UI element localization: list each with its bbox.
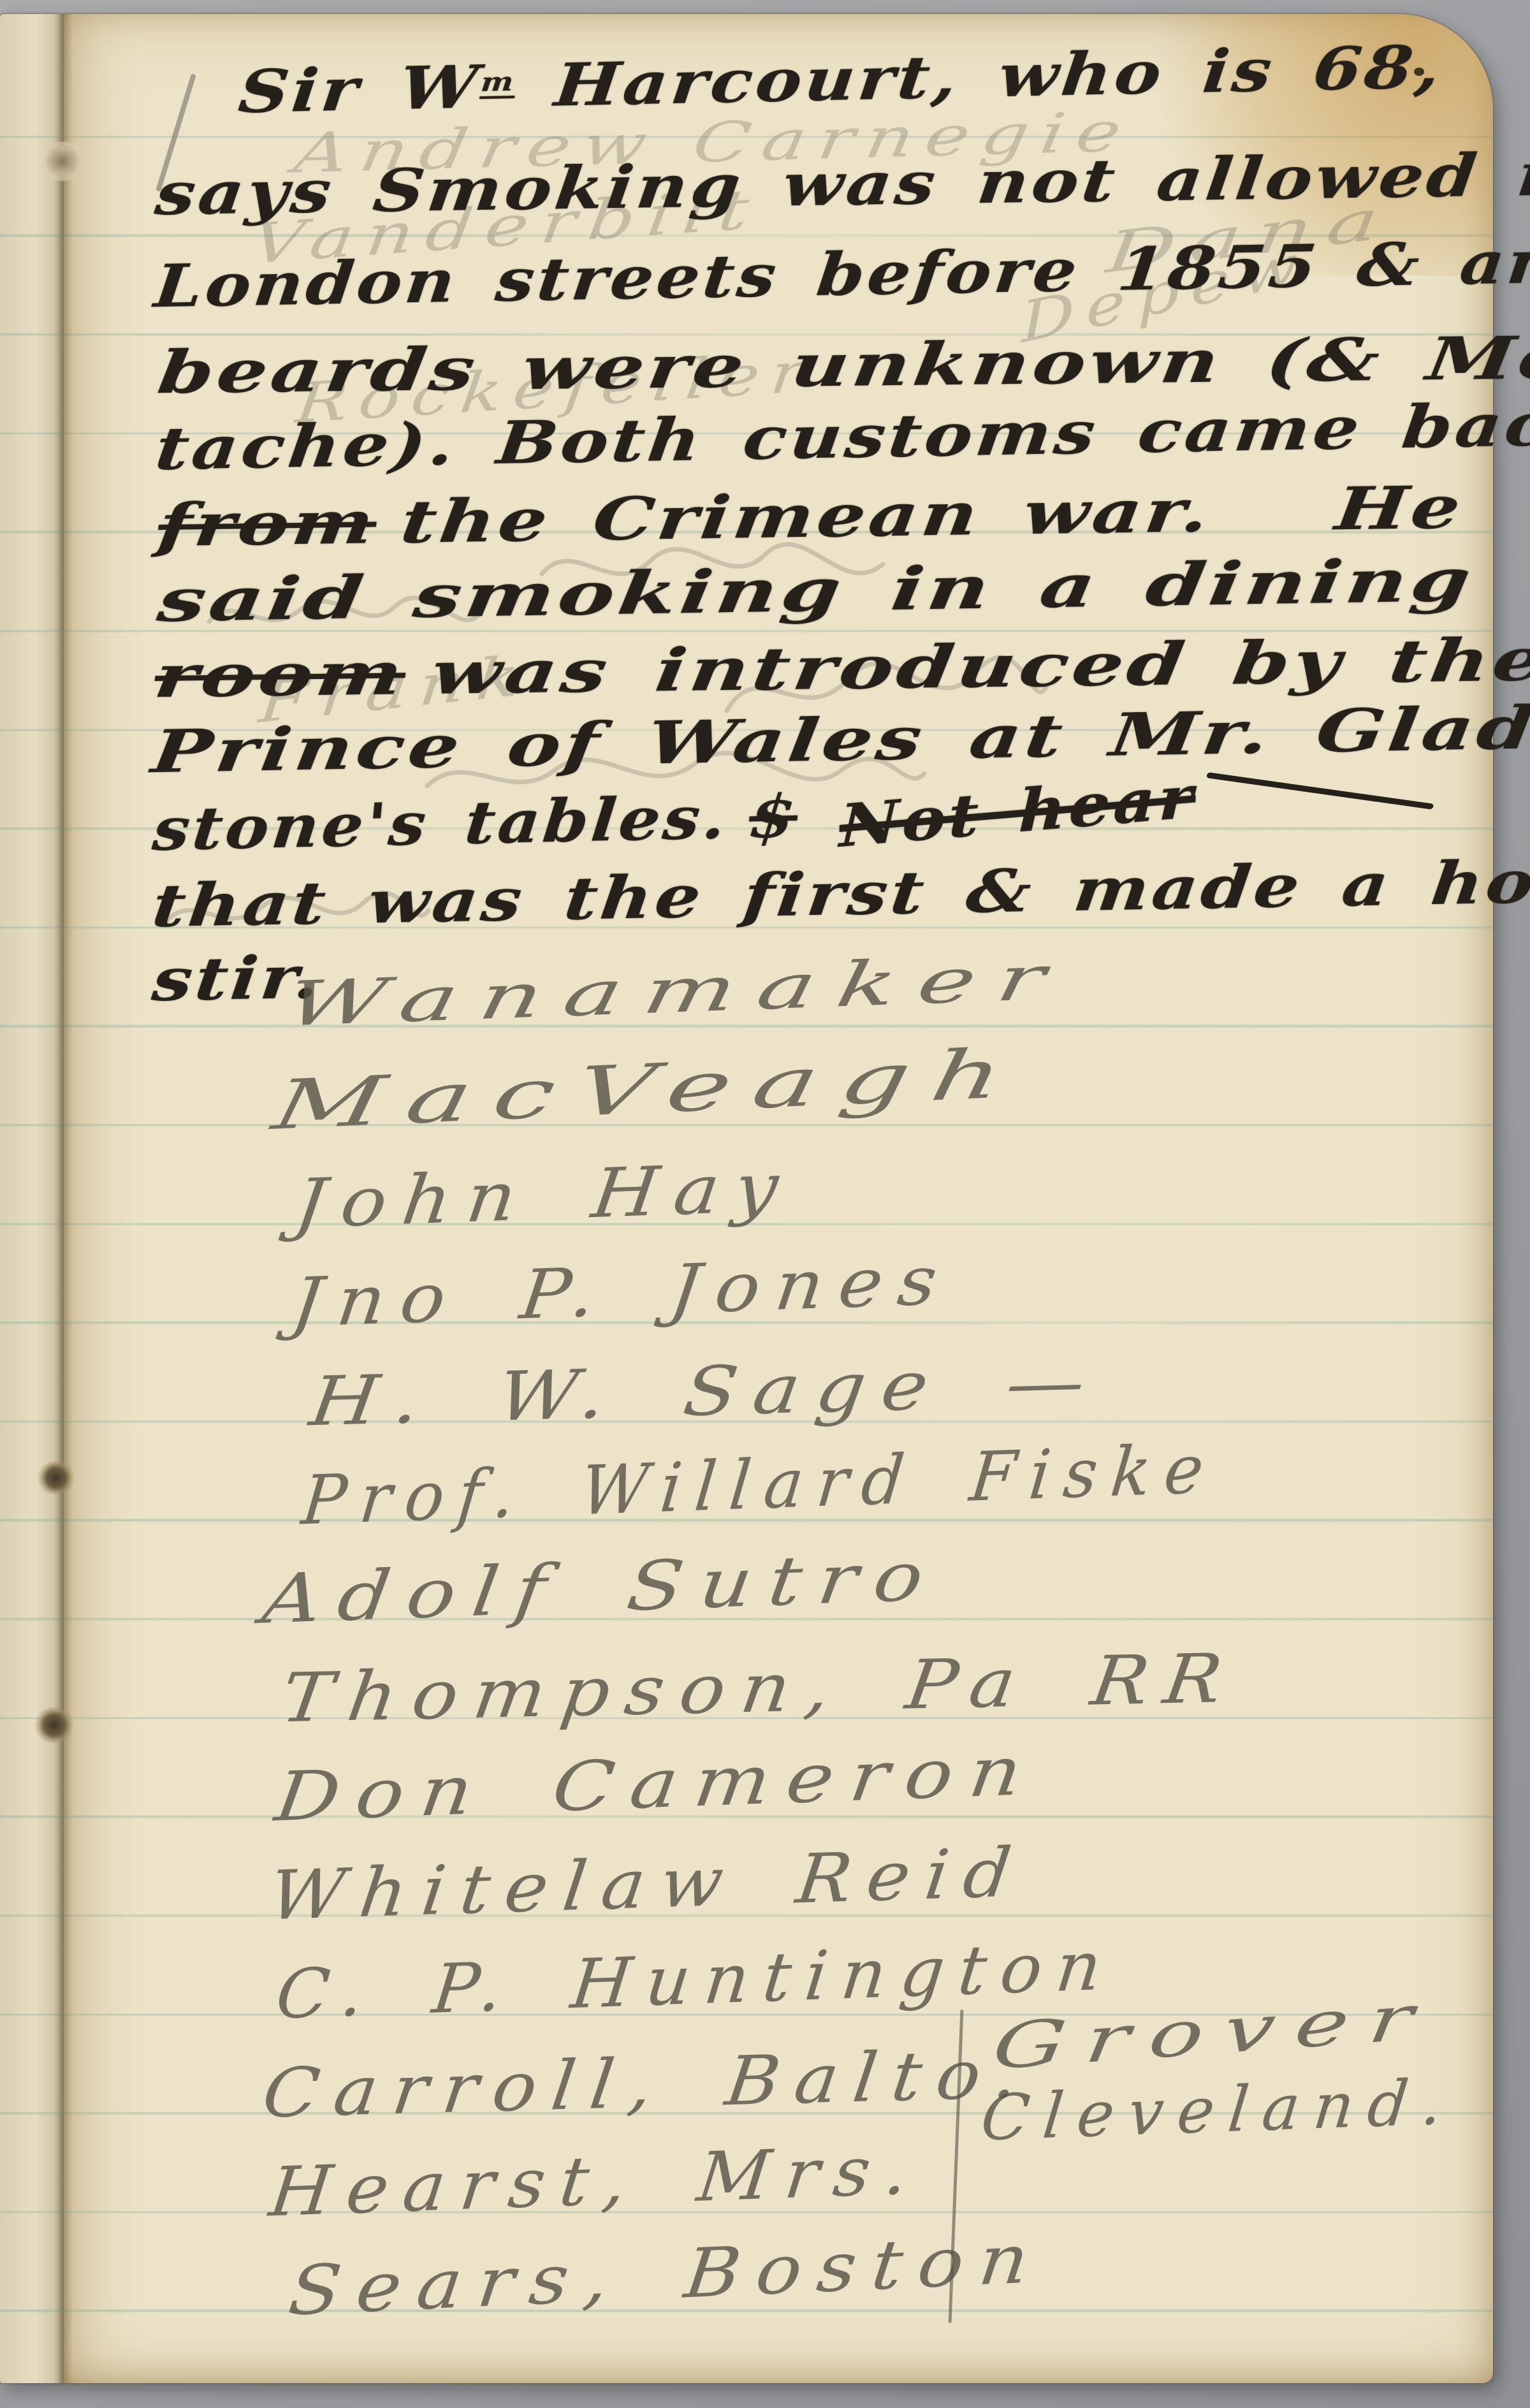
pencil-name-sears-boston: Sears, Boston: [285, 2222, 1047, 2327]
ink-text: the Crimean war.: [397, 476, 1216, 557]
pencil-name-john-hay: John Hay: [291, 1151, 798, 1240]
pencil-name-whitelaw-reid: Whitelaw Reid: [266, 1837, 1030, 1932]
struck-doodle: $: [746, 782, 801, 852]
pencil-name-willard-fiske: Prof. Willard Fiske: [299, 1433, 1221, 1536]
pencil-name-don-cameron: Don Cameron: [271, 1735, 1042, 1833]
ink-line-6: fromthe Crimean war.He: [155, 476, 1467, 557]
handwriting-layer: Andrew Carnegie Vanderbilt Dana Depew Ro…: [0, 0, 1530, 2408]
pencil-name-cleveland: Cleveland.: [978, 2069, 1459, 2152]
pencil-name-c-p-huntington: C. P. Huntington: [273, 1930, 1119, 2031]
ink-line-1: Sir Wm Harcourt, who is 68,: [236, 35, 1446, 124]
struck-word: from: [154, 488, 381, 560]
scan-surface: Andrew Carnegie Vanderbilt Dana Depew Ro…: [0, 0, 1530, 2408]
pencil-name-hearst-mrs: Hearst, Mrs.: [266, 2134, 926, 2228]
pencil-name-thompson-pa-rr: Thompson, Pa RR: [277, 1643, 1242, 1734]
pencil-name-h-w-sage: H. W. Sage —: [306, 1346, 1105, 1438]
ink-line-11: that was the first & made a holy: [149, 849, 1530, 938]
ink-line-7: said smoking in a dining: [154, 549, 1478, 633]
struck-word: room: [150, 639, 410, 711]
ink-text: Sir W: [235, 52, 484, 126]
pencil-name-wanamaker: Wanamaker: [281, 945, 1072, 1037]
ink-text: He: [1332, 472, 1468, 543]
ink-line-10: stone's tables.$Not hear: [150, 777, 1197, 862]
pencil-name-jno-p-jones: Jno P. Jones: [288, 1244, 956, 1339]
superscript-m: m: [479, 66, 518, 98]
ink-text: stone's tables.: [150, 783, 731, 864]
ink-text: Harcourt, who is 68,: [513, 32, 1446, 120]
pencil-name-carroll-balto: Carroll, Balto.: [259, 2038, 1037, 2129]
pencil-name-adolf-sutro: Adolf Sutro: [258, 1540, 944, 1635]
ink-line-4: beards were unknown (& Mous-: [154, 325, 1530, 404]
ink-text: was introduced by the: [427, 625, 1530, 708]
pencil-name-macveagh: MacVeagh: [268, 1037, 1031, 1142]
